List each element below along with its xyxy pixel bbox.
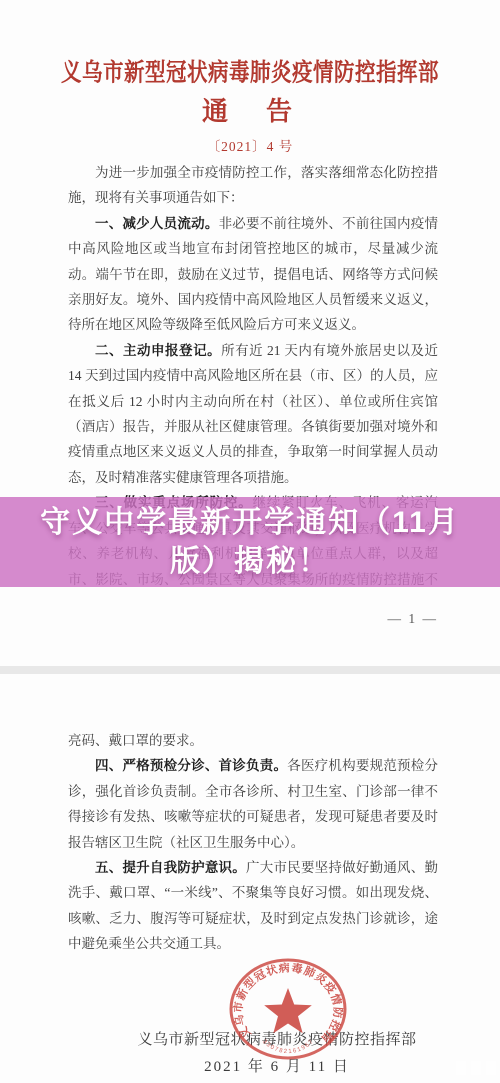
doc-type-title: 通 告 <box>0 91 500 128</box>
doc-paragraph: 一、减少人员流动。非必要不前往境外、不前往国内疫情中高风险地区或当地宣布封闭管控… <box>68 211 438 338</box>
doc-paragraph: 亮码、戴口罩的要求。 <box>68 728 438 753</box>
org-title: 义乌市新型冠状病毒肺炎疫情防控指挥部 <box>0 52 500 87</box>
banner-title-line-1: 守义中学最新开学通知（11月 <box>0 503 500 542</box>
watermark <box>440 1061 496 1077</box>
doc-paragraph: 四、严格预检分诊、首诊负责。各医疗机构要规范预检分诊，强化首诊负责制。全市各诊所… <box>68 753 438 855</box>
paragraph-lead: 一、减少人员流动。 <box>95 216 219 231</box>
official-seal: 义乌市新型冠状病毒肺炎疫情防控指挥部 3307821619678 <box>226 957 351 1065</box>
paragraph-lead: 二、主动申报登记。 <box>95 343 221 358</box>
doc-number: 〔2021〕4 号 <box>0 135 500 155</box>
doc-paragraph: 五、提升自我防护意识。广大市民要坚持做好勤通风、勤洗手、戴口罩、“一米线”、不聚… <box>68 855 438 957</box>
overlay-banner: 守义中学最新开学通知（11月 版）揭秘！ <box>0 497 500 587</box>
seal-star-icon <box>264 988 312 1033</box>
page2-body-text: 亮码、戴口罩的要求。四、严格预检分诊、首诊负责。各医疗机构要规范预检分诊，强化首… <box>68 728 438 960</box>
document-header: 义乌市新型冠状病毒肺炎疫情防控指挥部 通 告 〔2021〕4 号 <box>0 52 500 155</box>
document-photo: { "document": { "accent_color": "#b2392f… <box>0 0 500 1083</box>
doc-paragraph: 二、主动申报登记。所有近 21 天内有境外旅居史以及近 14 天到过国内疫情中高… <box>68 338 438 490</box>
doc-paragraph: 为进一步加强全市疫情防控工作，落实落细常态化防控措施，现将有关事项通告如下： <box>68 160 438 211</box>
paragraph-lead: 五、提升自我防护意识。 <box>95 860 246 875</box>
paragraph-lead: 四、严格预检分诊、首诊负责。 <box>95 758 287 773</box>
page-gap <box>0 666 500 674</box>
banner-title-line-2: 版）揭秘！ <box>0 542 500 581</box>
page-number: — 1 — <box>388 611 439 627</box>
